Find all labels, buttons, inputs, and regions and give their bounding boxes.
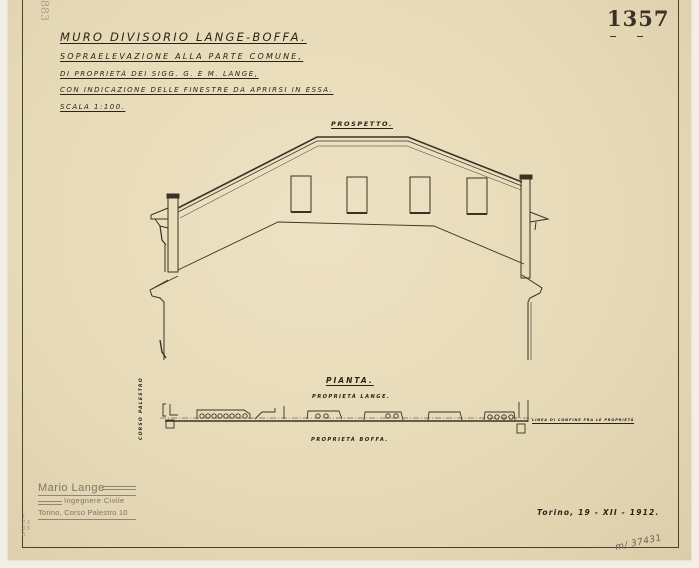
existing-roof-line [178, 222, 524, 270]
stamp-rule [38, 501, 62, 502]
property-lange-label: Proprietà Lange. [312, 394, 390, 400]
pier-circles-1 [200, 414, 247, 418]
plan-drawing [160, 400, 532, 433]
left-upper-cornice [151, 208, 168, 228]
right-lower-cornice [522, 275, 542, 360]
stamp-address: Torino, Corso Palestro 10 [38, 508, 128, 517]
left-margin-notes: 1. 2.3 4.5 6. [22, 514, 30, 538]
stamp-name: Mario Lange [38, 482, 105, 494]
upper-roof-cornice [178, 137, 522, 208]
plan-label: Pianta. [326, 376, 374, 385]
window-2 [347, 177, 367, 213]
margin-note: 6. [22, 532, 30, 538]
boundary-note: Linea di confine fra le proprietà [532, 418, 634, 422]
window-3 [410, 177, 430, 213]
stamp-profession: Ingegnere Civile [64, 496, 125, 505]
stamp-rule [102, 486, 136, 487]
engineer-stamp: Mario Lange Ingegnere Civile Torino, Cor… [38, 482, 105, 494]
left-chimney [168, 197, 178, 272]
property-boffa-label: Proprietà Boffa. [311, 437, 389, 443]
stamp-rule [38, 519, 136, 520]
place-date: Torino, 19 - XII - 1912. [537, 508, 660, 517]
window-4 [467, 178, 487, 214]
left-lower-cornice [150, 280, 168, 360]
right-upper-cornice [530, 212, 548, 230]
street-label: Corso Palestro [139, 377, 144, 440]
architectural-drawing [0, 0, 699, 568]
elevation-drawing [150, 137, 548, 360]
window-1 [291, 176, 311, 212]
